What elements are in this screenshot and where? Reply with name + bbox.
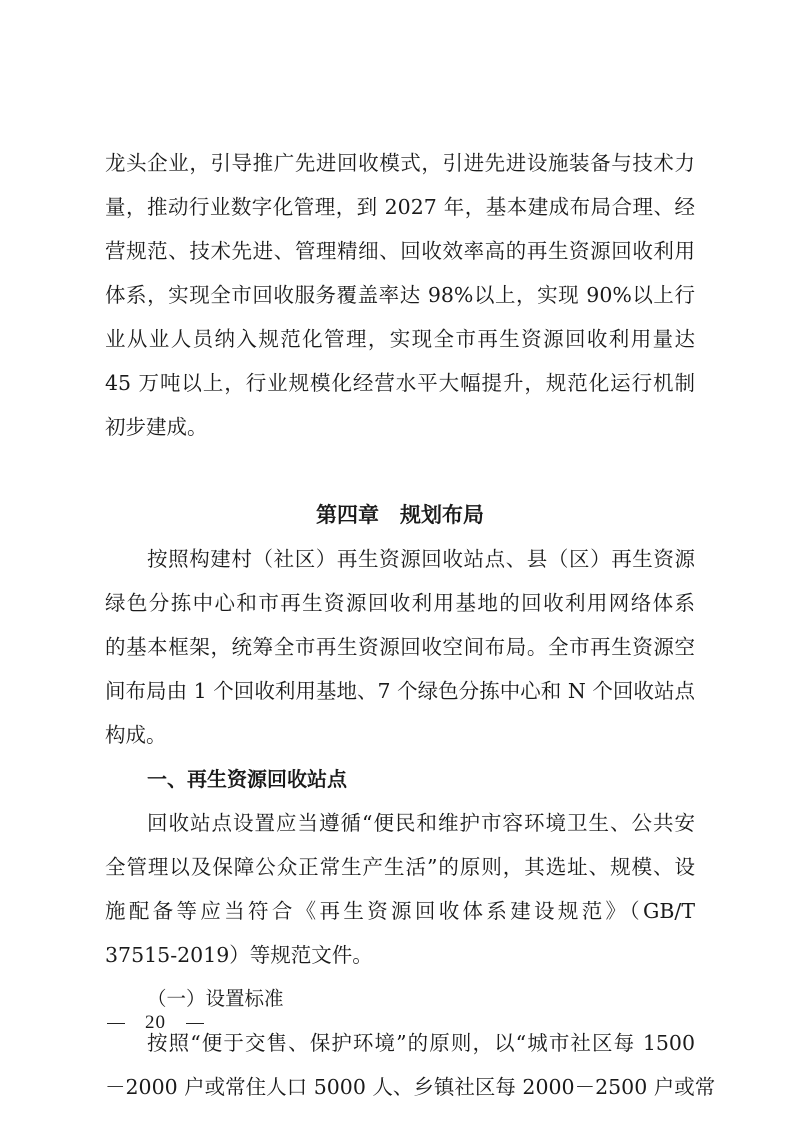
- document-body: 龙头企业，引导推广先进回收模式，引进先进设施装备与技术力 量，推动行业数字化管理…: [105, 141, 695, 1109]
- text-line: 45 万吨以上，行业规模化经营水平大幅提升，规范化运行机制: [105, 361, 695, 405]
- dash-right: [186, 1023, 204, 1024]
- text-line: 体系，实现全市回收服务覆盖率达 98%以上，实现 90%以上行: [105, 273, 695, 317]
- text-line: 龙头企业，引导推广先进回收模式，引进先进设施装备与技术力: [105, 141, 695, 185]
- text-line: 构成。: [105, 713, 695, 757]
- chapter-heading: 第四章 规划布局: [105, 493, 695, 537]
- paragraph-stations: 回收站点设置应当遵循“便民和维护市容环境卫生、公共安 全管理以及保障公众正常生产…: [105, 801, 695, 977]
- paragraph-goals: 龙头企业，引导推广先进回收模式，引进先进设施装备与技术力 量，推动行业数字化管理…: [105, 141, 695, 449]
- paragraph-standards: 按照“便于交售、保护环境”的原则，以“城市社区每 1500 －2000 户或常住…: [105, 1021, 695, 1109]
- text-line: 业从业人员纳入规范化管理，实现全市再生资源回收利用量达: [105, 317, 695, 361]
- text-line: 绿色分拣中心和市再生资源回收利用基地的回收利用网络体系: [105, 581, 695, 625]
- text-line: 37515-2019）等规范文件。: [105, 933, 695, 977]
- text-line: 营规范、技术先进、管理精细、回收效率高的再生资源回收利用: [105, 229, 695, 273]
- text-line: 的基本框架，统筹全市再生资源回收空间布局。全市再生资源空: [105, 625, 695, 669]
- dash-left: [107, 1023, 125, 1024]
- section-heading: 一、再生资源回收站点: [105, 757, 695, 801]
- text-line: 回收站点设置应当遵循“便民和维护市容环境卫生、公共安: [105, 801, 695, 845]
- text-line: 施配备等应当符合《再生资源回收体系建设规范》（GB/T: [105, 889, 695, 933]
- paragraph-layout: 按照构建村（社区）再生资源回收站点、县（区）再生资源 绿色分拣中心和市再生资源回…: [105, 537, 695, 757]
- text-line: 按照构建村（社区）再生资源回收站点、县（区）再生资源: [105, 537, 695, 581]
- page-number-value: 20: [145, 1012, 166, 1033]
- text-line: 量，推动行业数字化管理，到 2027 年，基本建成布局合理、经: [105, 185, 695, 229]
- page-number: 20: [107, 1012, 204, 1034]
- text-line: －2000 户或常住人口 5000 人、乡镇社区每 2000－2500 户或常: [105, 1065, 695, 1109]
- text-line: 全管理以及保障公众正常生产生活”的原则，其选址、规模、设: [105, 845, 695, 889]
- text-line: 间布局由 1 个回收利用基地、7 个绿色分拣中心和 N 个回收站点: [105, 669, 695, 713]
- text-line: 初步建成。: [105, 405, 695, 449]
